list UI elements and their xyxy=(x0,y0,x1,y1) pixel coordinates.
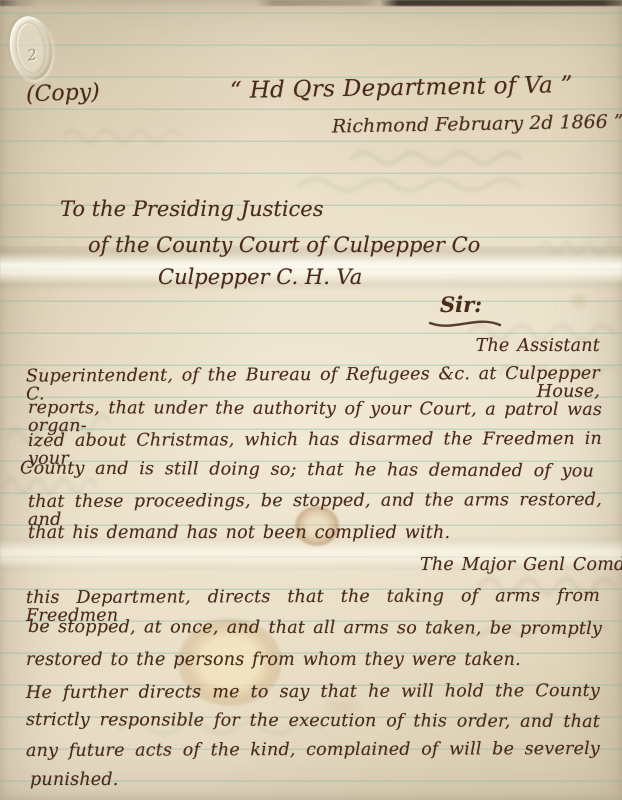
body-line: any future acts of the kind, complained … xyxy=(26,740,600,760)
body-line: The Major Genl Comdg xyxy=(420,556,622,574)
recipient-line-1: To the Presiding Justices xyxy=(60,198,324,220)
body-line: restored to the persons from whom they w… xyxy=(26,651,521,669)
body-line: The Assistant xyxy=(476,337,600,355)
scan-edge-shadow xyxy=(0,0,622,6)
body-line: County and is still doing so; that he ha… xyxy=(20,459,594,480)
body-line: strictly responsible for the execution o… xyxy=(26,711,600,731)
recipient-line-2: of the County Court of Culpepper Co xyxy=(88,234,480,256)
body-line: punished. xyxy=(30,771,119,789)
place-date-line: Richmond February 2d 1866 ” xyxy=(332,112,622,137)
letterhead-office-line: “ Hd Qrs Department of Va ” xyxy=(230,73,573,103)
body-line: be stopped, at once, and that all arms s… xyxy=(28,618,602,638)
copy-annotation: (Copy) xyxy=(26,81,101,107)
body-line: that his demand has not been complied wi… xyxy=(28,524,450,542)
salutation: Sir: xyxy=(440,294,482,316)
recipient-line-3: Culpepper C. H. Va xyxy=(158,266,362,288)
embossed-seal-icon: 2 xyxy=(5,13,56,83)
manuscript-letter-scan: 2 (Copy) “ Hd Qrs Department of Va ” Ric… xyxy=(0,0,622,800)
body-line: He further directs me to say that he wil… xyxy=(26,682,600,702)
salutation-flourish xyxy=(428,318,504,332)
small-stain xyxy=(568,292,590,310)
